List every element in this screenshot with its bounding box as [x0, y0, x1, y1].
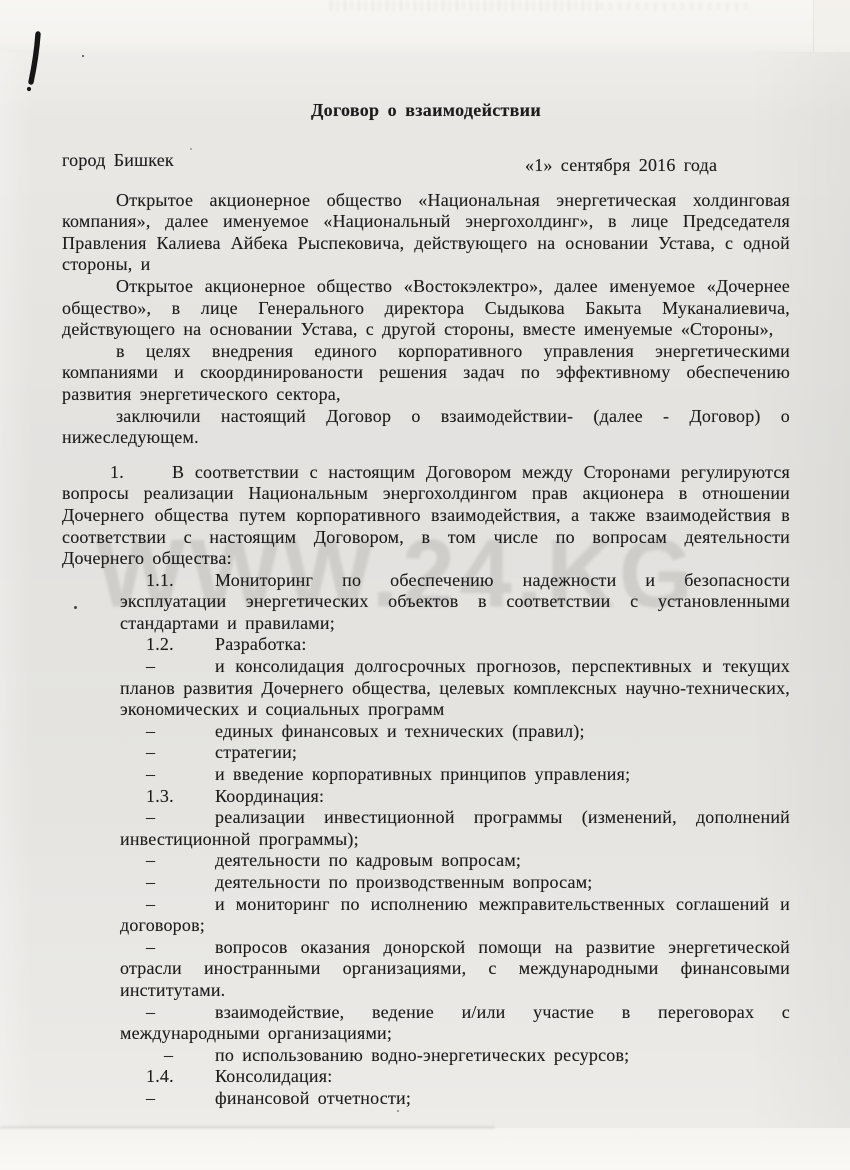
clause-subitem: –финансовой отчетности;	[120, 1088, 790, 1110]
scan-speck	[82, 55, 84, 57]
subitem-marker: –	[146, 937, 215, 959]
paper-bottom-shadow	[0, 1126, 495, 1129]
preamble-paragraph: Открытое акционерное общество «Националь…	[62, 190, 790, 276]
subitem-text: Консолидация:	[215, 1066, 332, 1086]
subitem-marker: –	[146, 656, 215, 678]
clause-subitem: 1.3.Координация:	[120, 786, 790, 808]
subitem-marker: –	[146, 807, 215, 829]
clause-subitem: –реализации инвестиционной программы (из…	[120, 807, 790, 850]
subitem-text: и введение корпоративных принципов управ…	[215, 764, 630, 784]
subitem-text: деятельности по производственным вопроса…	[215, 872, 593, 892]
place-date-row: город Бишкек «1» сентября 2016 года	[62, 150, 790, 172]
clause-subitem: –и мониторинг по исполнению межправитель…	[120, 894, 790, 937]
clause-subitem: –единых финансовых и технических (правил…	[120, 721, 790, 743]
bleed-through-smudge	[330, 0, 600, 11]
subitem-marker: –	[146, 764, 215, 786]
clause-text: В соответствии с настоящим Договором меж…	[62, 462, 790, 568]
scan-speck	[397, 1110, 399, 1112]
document-title: Договор о взаимодействии	[62, 100, 790, 122]
scan-bottom-strip	[0, 1128, 850, 1170]
clause-1: 1.В соответствии с настоящим Договором м…	[62, 462, 790, 570]
clause-subitem: 1.2.Разработка:	[120, 634, 790, 656]
clause-subitem: –деятельности по кадровым вопросам;	[120, 850, 790, 872]
paper-edge-shade	[814, 0, 850, 52]
clause-subitem: 1.4.Консолидация:	[120, 1066, 790, 1088]
subitem-marker: –	[146, 1088, 215, 1110]
subitem-text: по использованию водно-энергетических ре…	[215, 1045, 629, 1065]
clause-subitem: –деятельности по производственным вопрос…	[120, 872, 790, 894]
subitem-marker: –	[146, 721, 215, 743]
subitem-marker: –	[146, 894, 215, 916]
pen-mark	[20, 26, 50, 96]
clause-subitem: –и введение корпоративных принципов упра…	[120, 764, 790, 786]
subitem-marker: 1.1.	[146, 570, 215, 592]
scan-background: WWW.24.KG Договор о взаимодействии город…	[0, 0, 850, 1170]
subitem-marker: –	[146, 1002, 215, 1024]
bleed-through-smudge	[600, 2, 750, 10]
clause-subitem: –взаимодействие, ведение и/или участие в…	[120, 1002, 790, 1045]
subitem-marker: 1.2.	[146, 634, 215, 656]
preamble-paragraph: Открытое акционерное общество «Востокэле…	[62, 276, 790, 341]
subitem-marker: –	[146, 742, 215, 764]
subitem-text: деятельности по кадровым вопросам;	[215, 850, 521, 870]
subitem-text: Разработка:	[215, 634, 307, 654]
preamble-paragraph: в целях внедрения единого корпоративного…	[62, 341, 790, 406]
subitem-text: Мониторинг по обеспечению надежности и б…	[120, 570, 790, 633]
subitem-marker: 1.3.	[146, 786, 215, 808]
subitem-marker: –	[146, 872, 215, 894]
scanned-contract-page: { "document": { "title": "Договор о взаи…	[0, 0, 850, 1170]
subitem-text: взаимодействие, ведение и/или участие в …	[120, 1002, 790, 1044]
subitem-text: вопросов оказания донорской помощи на ра…	[120, 937, 790, 1000]
subitem-text: Координация:	[215, 786, 324, 806]
preamble-paragraph: заключили настоящий Договор о взаимодейс…	[62, 406, 790, 449]
clause-subitem: –по использованию водно-энергетических р…	[120, 1045, 790, 1067]
clause-subitem: –и консолидация долгосрочных прогнозов, …	[120, 656, 790, 721]
subitem-text: стратегии;	[215, 742, 297, 762]
clause-number: 1.	[110, 462, 172, 484]
subitem-marker: 1.4.	[146, 1066, 215, 1088]
subitem-text: единых финансовых и технических (правил)…	[215, 721, 585, 741]
date-label: «1» сентября 2016 года	[525, 155, 717, 177]
subitem-text: и мониторинг по исполнению межправительс…	[120, 894, 790, 936]
subitem-text: финансовой отчетности;	[215, 1088, 411, 1108]
subitem-text: реализации инвестиционной программы (изм…	[120, 807, 790, 849]
clause-subitem: –стратегии;	[120, 742, 790, 764]
subitem-marker: –	[146, 850, 215, 872]
contract-body: Договор о взаимодействии город Бишкек «1…	[62, 100, 790, 1110]
subitem-text: и консолидация долгосрочных прогнозов, п…	[120, 656, 790, 719]
subitem-marker: –	[164, 1045, 215, 1067]
place-label: город Бишкек	[62, 150, 174, 172]
clause-subitem: –вопросов оказания донорской помощи на р…	[120, 937, 790, 1002]
clause-subitem: 1.1.Мониторинг по обеспечению надежности…	[120, 570, 790, 635]
